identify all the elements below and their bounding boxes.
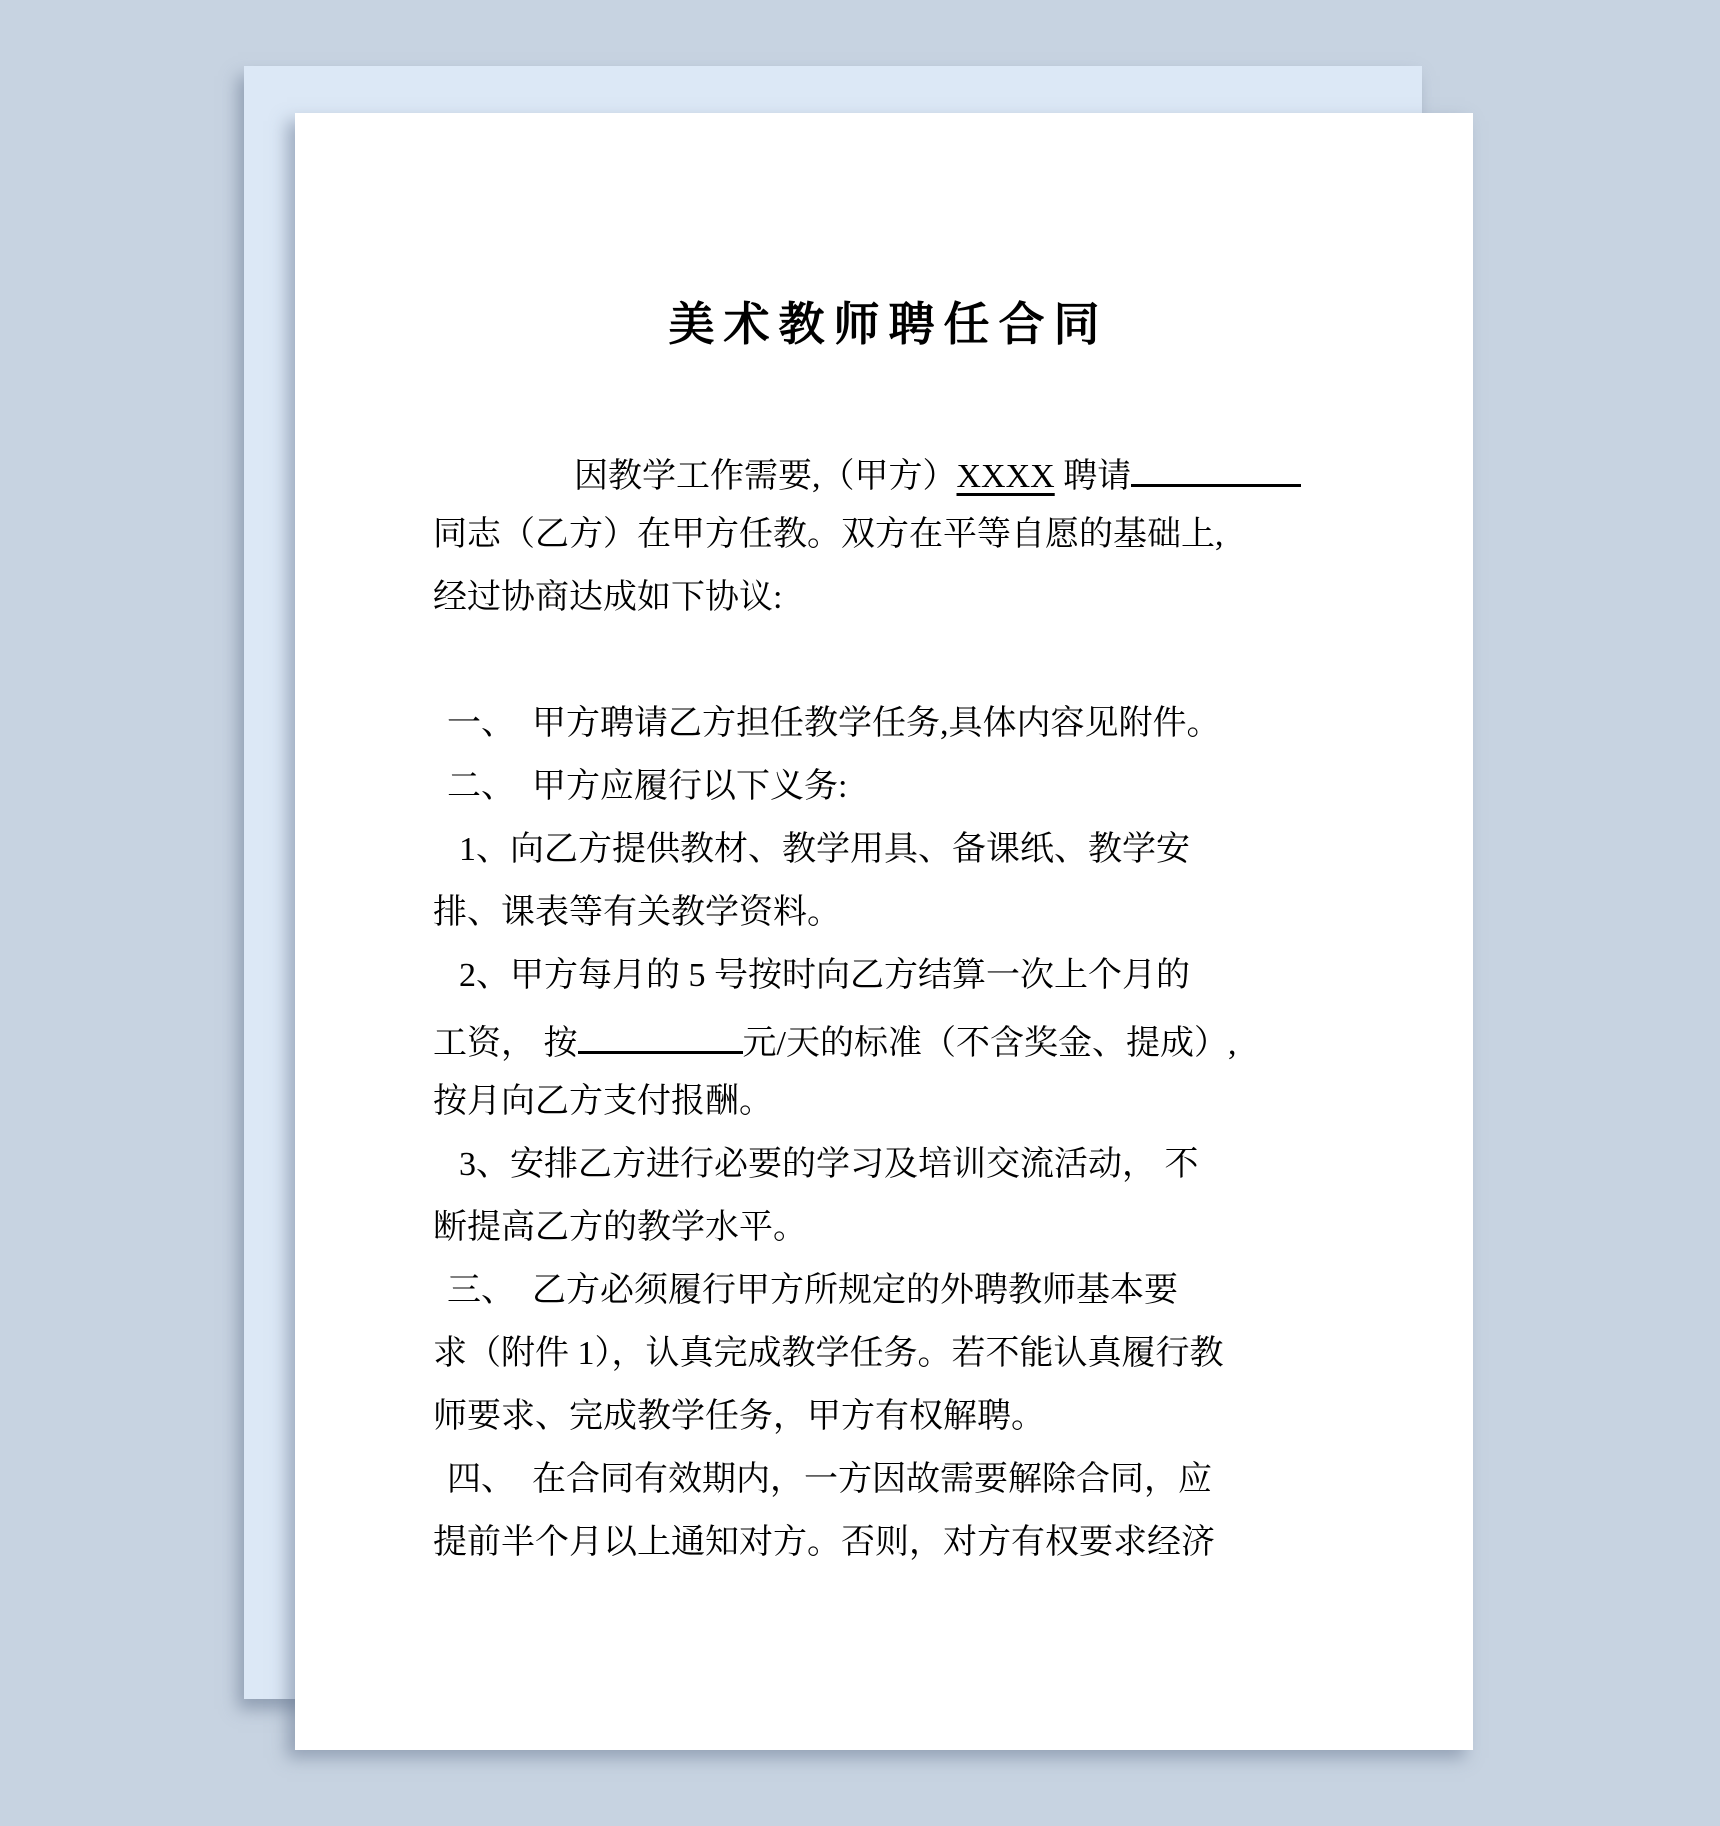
contract-line: 排、课表等有关教学资料。 <box>433 881 1313 944</box>
document-title: 美术教师聘任合同 <box>295 293 1473 355</box>
contract-line: 提前半个月以上通知对方。否则，对方有权要求经济 <box>433 1511 1313 1574</box>
fill-in-blank-underline <box>578 1007 743 1054</box>
text-segment: 聘请 <box>1055 458 1132 495</box>
blank-spacer-line <box>433 629 1313 692</box>
text-segment: 按月向乙方支付报酬。 <box>433 1083 773 1120</box>
contract-line: 同志（乙方）在甲方任教。双方在平等自愿的基础上, <box>433 503 1313 566</box>
text-segment: 1、向乙方提供教材、教学用具、备课纸、教学安 <box>459 831 1190 868</box>
contract-line: 按月向乙方支付报酬。 <box>433 1070 1313 1133</box>
contract-line: 三、 乙方必须履行甲方所规定的外聘教师基本要 <box>433 1259 1313 1322</box>
text-segment: 一、 甲方聘请乙方担任教学任务,具体内容见附件。 <box>447 705 1221 742</box>
contract-body: 因教学工作需要,（甲方）XXXX 聘请同志（乙方）在甲方任教。双方在平等自愿的基… <box>433 440 1313 1574</box>
text-segment: 断提高乙方的教学水平。 <box>433 1209 807 1246</box>
contract-line: 二、 甲方应履行以下义务: <box>433 755 1313 818</box>
text-segment: 提前半个月以上通知对方。否则，对方有权要求经济 <box>433 1524 1215 1561</box>
contract-line: 因教学工作需要,（甲方）XXXX 聘请 <box>433 440 1313 503</box>
desktop-background: 美术教师聘任合同 因教学工作需要,（甲方）XXXX 聘请同志（乙方）在甲方任教。… <box>0 0 1720 1826</box>
text-segment: 元/天的标准（不含奖金、提成）, <box>743 1025 1237 1062</box>
contract-line: 2、甲方每月的 5 号按时向乙方结算一次上个月的 <box>433 944 1313 1007</box>
text-segment: 3、安排乙方进行必要的学习及培训交流活动， 不 <box>459 1146 1199 1183</box>
contract-line: 1、向乙方提供教材、教学用具、备课纸、教学安 <box>433 818 1313 881</box>
contract-line: 断提高乙方的教学水平。 <box>433 1196 1313 1259</box>
text-segment: 二、 甲方应履行以下义务: <box>447 768 847 805</box>
text-segment: 排、课表等有关教学资料。 <box>433 894 841 931</box>
contract-line: 3、安排乙方进行必要的学习及培训交流活动， 不 <box>433 1133 1313 1196</box>
text-segment: 因教学工作需要,（甲方） <box>574 458 957 495</box>
contract-page: 美术教师聘任合同 因教学工作需要,（甲方）XXXX 聘请同志（乙方）在甲方任教。… <box>295 113 1473 1750</box>
text-segment: 同志（乙方）在甲方任教。双方在平等自愿的基础上, <box>433 516 1224 553</box>
text-segment: 三、 乙方必须履行甲方所规定的外聘教师基本要 <box>447 1272 1178 1309</box>
text-segment: 经过协商达成如下协议: <box>433 579 782 616</box>
fill-in-blank-underline <box>1131 440 1301 487</box>
contract-line: 求（附件 1），认真完成教学任务。若不能认真履行教 <box>433 1322 1313 1385</box>
underlined-placeholder: XXXX <box>957 458 1055 495</box>
contract-line: 师要求、完成教学任务，甲方有权解聘。 <box>433 1385 1313 1448</box>
contract-line: 工资， 按元/天的标准（不含奖金、提成）, <box>433 1007 1313 1070</box>
text-segment: 师要求、完成教学任务，甲方有权解聘。 <box>433 1398 1045 1435</box>
contract-line: 四、 在合同有效期内，一方因故需要解除合同，应 <box>433 1448 1313 1511</box>
contract-line: 一、 甲方聘请乙方担任教学任务,具体内容见附件。 <box>433 692 1313 755</box>
text-segment: 四、 在合同有效期内，一方因故需要解除合同，应 <box>447 1461 1212 1498</box>
text-segment: 2、甲方每月的 5 号按时向乙方结算一次上个月的 <box>459 957 1190 994</box>
contract-line: 经过协商达成如下协议: <box>433 566 1313 629</box>
text-segment: 工资， 按 <box>433 1025 578 1062</box>
text-segment: 求（附件 1），认真完成教学任务。若不能认真履行教 <box>433 1335 1224 1372</box>
